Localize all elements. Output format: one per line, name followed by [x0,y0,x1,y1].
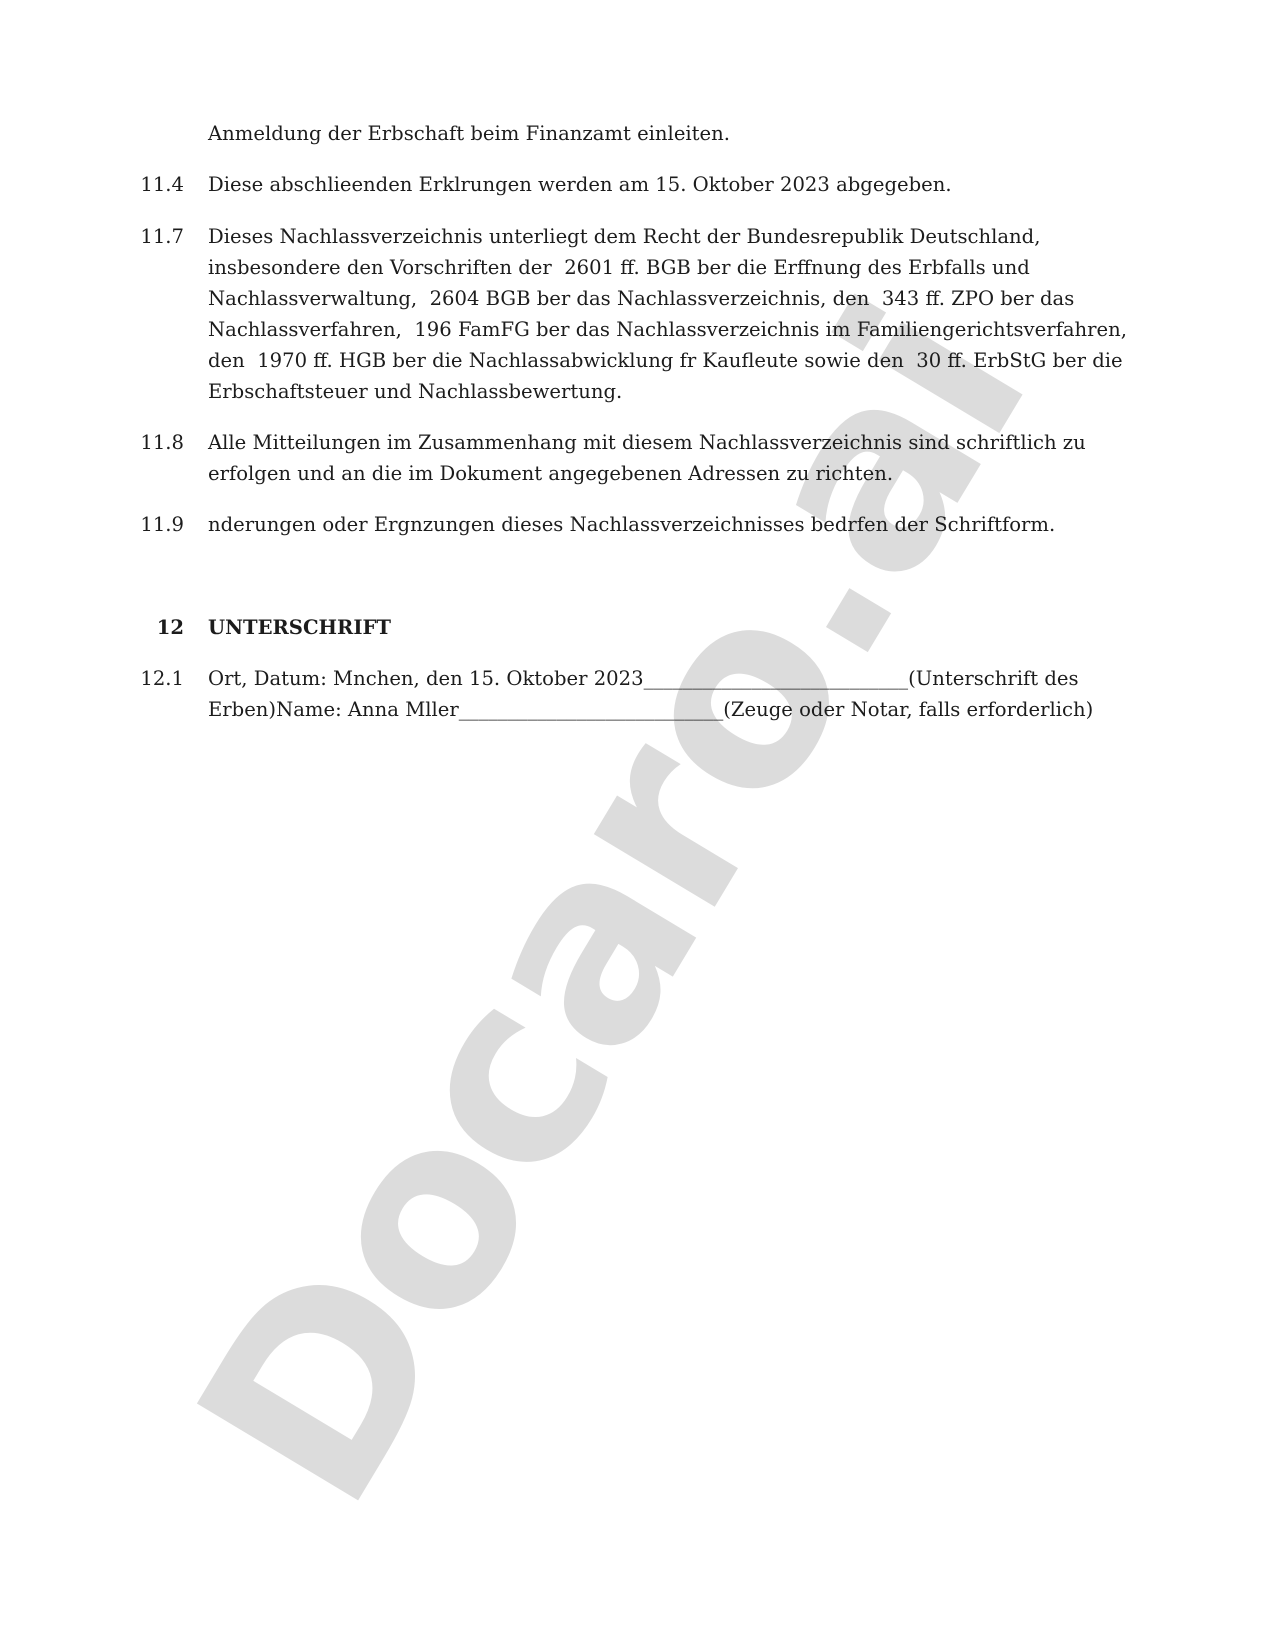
text-line: den 1970 ff. HGB ber die Nachlassabwickl… [208,345,1108,376]
signature-line-name: Erben)Name: Anna Mller__________________… [208,694,1108,725]
signature-line-place-date: Ort, Datum: Mnchen, den 15. Oktober 2023… [208,663,1108,694]
paragraph-number: 11.4 [120,169,184,200]
signature-block: Ort, Datum: Mnchen, den 15. Oktober 2023… [208,663,1108,725]
text-line: Erbschaftsteuer und Nachlassbewertung. [208,376,1108,407]
paragraph-text: Anmeldung der Erbschaft beim Finanzamt e… [208,118,1108,149]
section-number: 12 [120,612,184,643]
paragraph-number: 11.8 [120,427,184,458]
paragraph-number: 11.7 [120,221,184,252]
text-line: nderungen oder Ergnzungen dieses Nachlas… [208,513,1055,536]
paragraph-text: Diese abschlieenden Erklrungen werden am… [208,169,1108,200]
paragraph-text: Dieses Nachlassverzeichnis unterliegt de… [208,221,1108,407]
text-line: Dieses Nachlassverzeichnis unterliegt de… [208,221,1108,252]
text-line: Diese abschlieenden Erklrungen werden am… [208,173,952,196]
section-title: UNTERSCHRIFT [208,612,1108,643]
text-line: Nachlassverwaltung, 2604 BGB ber das Nac… [208,283,1108,314]
paragraph-number: 12.1 [120,663,184,694]
paragraph-text: nderungen oder Ergnzungen dieses Nachlas… [208,509,1108,540]
text-line: Anmeldung der Erbschaft beim Finanzamt e… [208,122,730,145]
paragraph-text: Alle Mitteilungen im Zusammenhang mit di… [208,427,1108,489]
text-line: erfolgen und an die im Dokument angegebe… [208,458,1108,489]
text-line: Alle Mitteilungen im Zusammenhang mit di… [208,427,1108,458]
text-line: insbesondere den Vorschriften der 2601 f… [208,252,1108,283]
text-line: Nachlassverfahren, 196 FamFG ber das Nac… [208,314,1108,345]
paragraph-number: 11.9 [120,509,184,540]
